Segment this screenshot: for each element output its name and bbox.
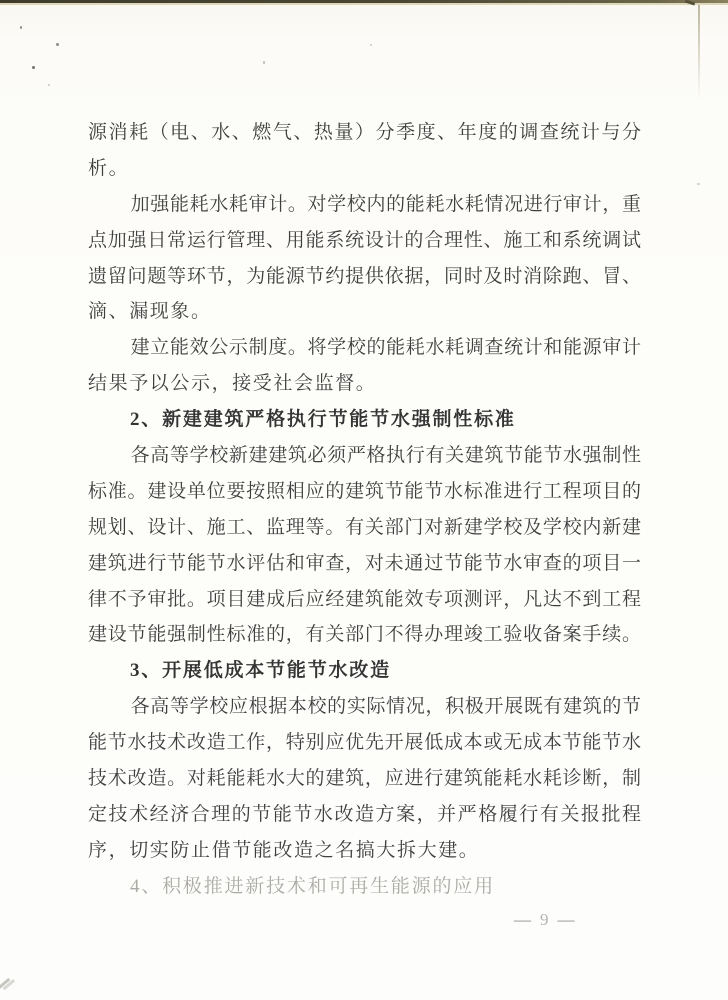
line-text: 各高等学校新建建筑必须严格执行有关建筑节能节水强制性	[130, 445, 641, 466]
line-text: 律不予审批。项目建成后应经建筑能效专项测评，凡达不到工程	[88, 589, 641, 610]
text-line: 源消耗（电、水、燃气、热量）分季度、年度的调查统计与分	[88, 115, 641, 151]
line-text: 滴、漏现象。	[88, 301, 212, 322]
text-line: 技术改造。对耗能耗水大的建筑，应进行建筑能耗水耗诊断，制	[88, 761, 641, 797]
text-line: 建立能效公示制度。将学校的能耗水耗调查统计和能源审计	[88, 330, 641, 366]
scan-speck	[370, 44, 372, 46]
scan-speck	[20, 26, 22, 29]
line-text: 定技术经济合理的节能节水改造方案，并严格履行有关报批程	[88, 804, 641, 825]
page-number: —9—	[505, 904, 584, 936]
text-line: 标准。建设单位要按照相应的建筑节能节水标准进行工程项目的	[88, 474, 641, 510]
text-line: 规划、设计、施工、监理等。有关部门对新建学校及学校内新建	[88, 510, 641, 546]
scan-top-glow-artifact	[0, 3, 728, 5]
text-line: 加强能耗水耗审计。对学校内的能耗水耗情况进行审计，重	[88, 187, 641, 223]
text-line: 各高等学校应根据本校的实际情况，积极开展既有建筑的节	[88, 689, 641, 725]
line-text: 各高等学校应根据本校的实际情况，积极开展既有建筑的节	[130, 696, 641, 717]
text-line: 定技术经济合理的节能节水改造方案，并严格履行有关报批程	[88, 797, 641, 833]
scan-speck	[48, 84, 50, 86]
text-line: 序，切实防止借节能改造之名搞大拆大建。	[88, 833, 641, 869]
line-text: 建设节能强制性标准的，有关部门不得办理竣工验收备案手续。	[88, 624, 641, 645]
line-text: 技术改造。对耗能耗水大的建筑，应进行建筑能耗水耗诊断，制	[88, 768, 641, 789]
page-number-dash-right: —	[549, 910, 584, 929]
text-line: 4、积极推进新技术和可再生能源的应用	[88, 869, 641, 905]
line-text: 加强能耗水耗审计。对学校内的能耗水耗情况进行审计，重	[130, 194, 641, 215]
text-line: 2、新建建筑严格执行节能节水强制性标准	[88, 402, 641, 438]
text-line: 遗留问题等环节，为能源节约提供依据，同时及时消除跑、冒、	[88, 259, 641, 295]
scan-speck	[56, 43, 59, 46]
line-text: 4、积极推进新技术和可再生能源的应用	[130, 876, 495, 897]
text-line: 点加强日常运行管理、用能系统设计的合理性、施工和系统调试	[88, 223, 641, 259]
text-line: 能节水技术改造工作，特别应优先开展低成本或无成本节能节水	[88, 725, 641, 761]
text-line: 3、开展低成本节能节水改造	[88, 653, 641, 689]
line-text: 遗留问题等环节，为能源节约提供依据，同时及时消除跑、冒、	[88, 266, 641, 287]
text-line: 结果予以公示，接受社会监督。	[88, 366, 641, 402]
page-number-value: 9	[540, 910, 549, 929]
line-text: 建筑进行节能节水评估和审查，对未通过节能节水审查的项目一	[88, 553, 641, 574]
page-number-dash-left: —	[505, 910, 540, 929]
line-text: 建立能效公示制度。将学校的能耗水耗调查统计和能源审计	[130, 337, 641, 358]
line-text: 能节水技术改造工作，特别应优先开展低成本或无成本节能节水	[88, 732, 641, 753]
line-text: 结果予以公示，接受社会监督。	[88, 373, 376, 394]
scan-speck	[263, 61, 265, 64]
line-text: 3、开展低成本节能节水改造	[130, 660, 391, 681]
line-text: 序，切实防止借节能改造之名搞大拆大建。	[88, 840, 479, 861]
text-line: 各高等学校新建建筑必须严格执行有关建筑节能节水强制性	[88, 438, 641, 474]
text-line: 滴、漏现象。	[88, 294, 641, 330]
text-line: 析。	[88, 151, 641, 187]
line-text: 析。	[88, 158, 129, 179]
line-text: 规划、设计、施工、监理等。有关部门对新建学校及学校内新建	[88, 517, 641, 538]
scan-bottom-artifact	[0, 978, 10, 989]
text-line: 律不予审批。项目建成后应经建筑能效专项测评，凡达不到工程	[88, 582, 641, 618]
line-text: 源消耗（电、水、燃气、热量）分季度、年度的调查统计与分	[88, 122, 641, 143]
document-text: 源消耗（电、水、燃气、热量）分季度、年度的调查统计与分 析。 加强能耗水耗审计。…	[88, 115, 641, 905]
text-line: 建筑进行节能节水评估和审查，对未通过节能节水审查的项目一	[88, 546, 641, 582]
scan-speck	[32, 66, 35, 69]
line-text: 点加强日常运行管理、用能系统设计的合理性、施工和系统调试	[88, 230, 641, 251]
scanned-document-page: 源消耗（电、水、燃气、热量）分季度、年度的调查统计与分 析。 加强能耗水耗审计。…	[0, 0, 728, 1000]
line-text: 标准。建设单位要按照相应的建筑节能节水标准进行工程项目的	[88, 481, 641, 502]
line-text: 2、新建建筑严格执行节能节水强制性标准	[130, 409, 516, 430]
scan-right-line-artifact	[698, 5, 700, 100]
text-line: 建设节能强制性标准的，有关部门不得办理竣工验收备案手续。	[88, 617, 641, 653]
scan-speck	[697, 183, 700, 185]
